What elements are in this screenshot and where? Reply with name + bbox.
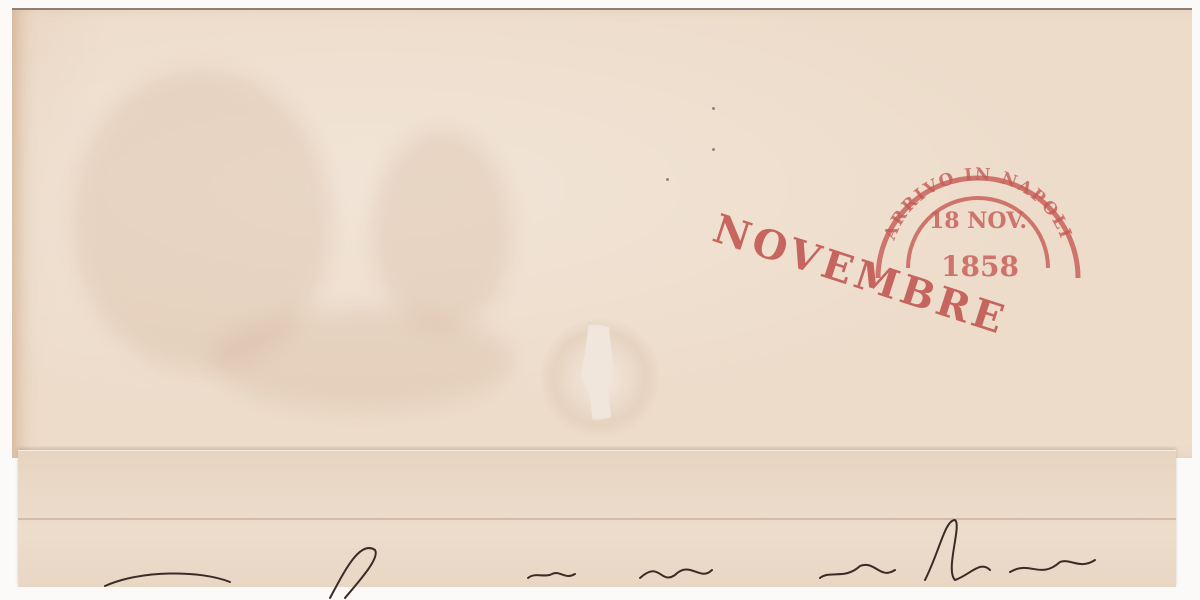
ink-speck [712, 148, 715, 151]
handwritten-address [0, 500, 1200, 600]
ink-speck [666, 178, 669, 181]
datestamp-day-month: 18 NOV. [929, 208, 1027, 234]
circular-datestamp: ARRIVO IN NAPOLI 18 NOV. 1858 [868, 128, 1088, 303]
ink-speck [712, 107, 715, 110]
paper-stain [212, 310, 512, 410]
datestamp-year: 1858 [941, 250, 1019, 283]
paper-stain [372, 130, 512, 330]
